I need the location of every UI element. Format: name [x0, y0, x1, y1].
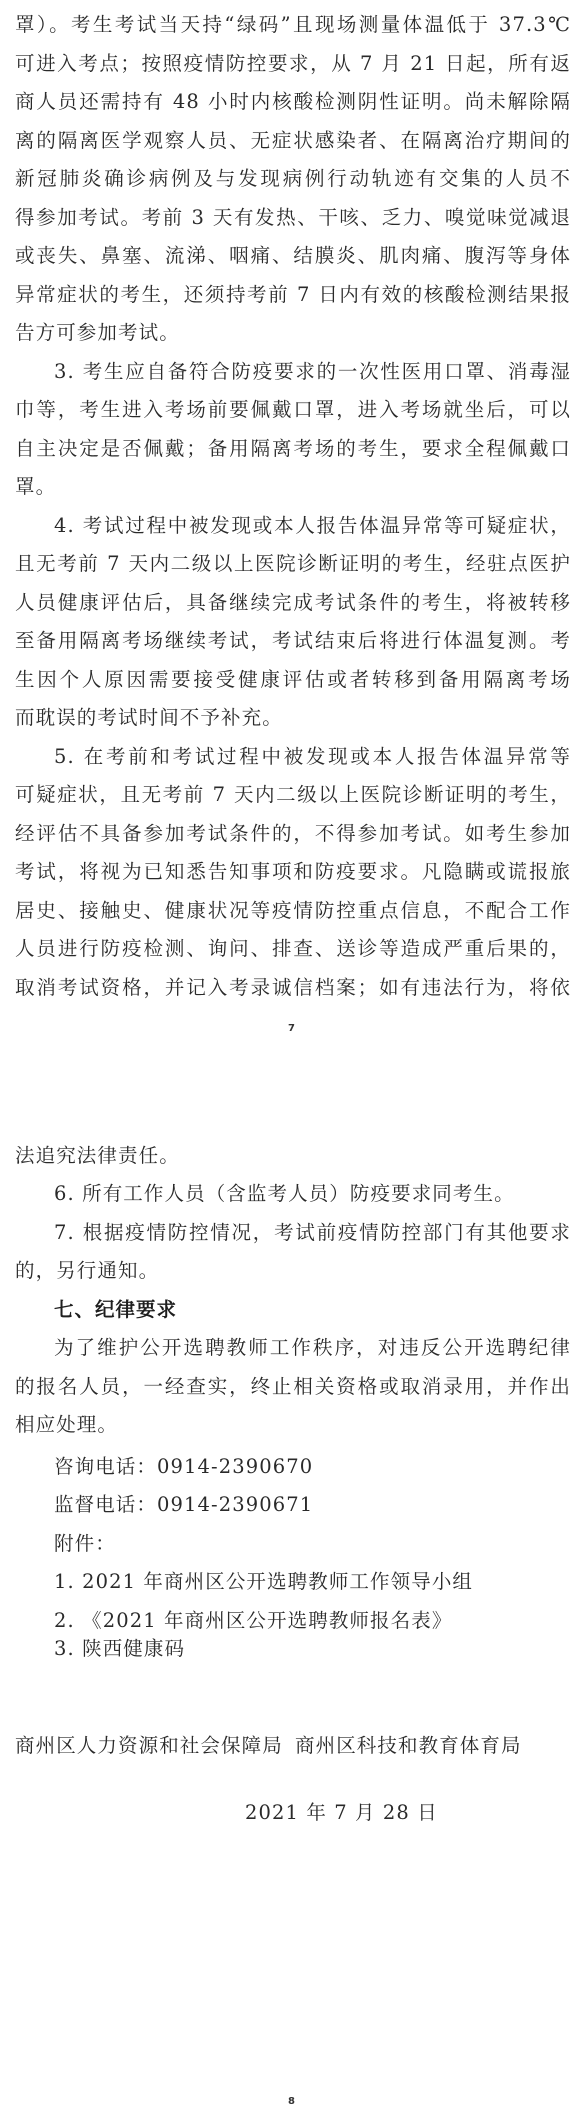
signature-org-hr: 商州区人力资源和社会保障局: [15, 1733, 283, 1759]
paragraph-line: 告方可参加考试。: [15, 320, 571, 346]
attachment-item: 1. 2021 年商州区公开选聘教师工作领导小组: [54, 1569, 571, 1595]
paragraph-line: 法追究法律责任。: [15, 1143, 571, 1169]
paragraph-line: 而耽误的考试时间不予补充。: [15, 705, 571, 731]
paragraph-line: 经评估不具备参加考试条件的，不得参加考试。如考生参加: [15, 821, 571, 847]
paragraph-line: 的报名人员，一经查实，终止相关资格或取消录用，并作出: [15, 1374, 571, 1400]
paragraph-line: 为了维护公开选聘教师工作秩序，对违反公开选聘纪律: [54, 1335, 571, 1361]
supervise-phone: 监督电话：0914-2390671: [54, 1492, 571, 1518]
signature-org-education: 商州区科技和教育体育局: [295, 1733, 522, 1759]
paragraph-line: 或丧失、鼻塞、流涕、咽痛、结膜炎、肌肉痛、腹泻等身体: [15, 243, 571, 269]
paragraph-line: 巾等，考生进入考场前要佩戴口罩，进入考场就坐后，可以: [15, 397, 571, 423]
attachments-label: 附件：: [54, 1531, 571, 1557]
paragraph-line: 可疑症状，且无考前 7 天内二级以上医院诊断证明的考生，: [15, 782, 571, 808]
item-4-line: 4. 考试过程中被发现或本人报告体温异常等可疑症状，: [54, 513, 571, 539]
paragraph-line: 罩）。考生考试当天持“绿码”且现场测量体温低于 37.3℃: [15, 12, 571, 38]
paragraph-line: 异常症状的考生，还须持考前 7 日内有效的核酸检测结果报: [15, 282, 571, 308]
signature-date: 2021 年 7 月 28 日: [245, 1800, 438, 1826]
paragraph-line: 人员健康评估后，具备继续完成考试条件的考生，将被转移: [15, 590, 571, 616]
paragraph-line: 自主决定是否佩戴；备用隔离考场的考生，要求全程佩戴口: [15, 436, 571, 462]
consult-phone: 咨询电话：0914-2390670: [54, 1454, 571, 1480]
paragraph-line: 相应处理。: [15, 1412, 571, 1438]
item-7-line: 7. 根据疫情防控情况，考试前疫情防控部门有其他要求: [54, 1220, 571, 1246]
page-number: 7: [0, 1023, 583, 1034]
paragraph-line: 居史、接触史、健康状况等疫情防控重点信息，不配合工作: [15, 898, 571, 924]
attachment-item: 3. 陕西健康码: [54, 1636, 571, 1662]
section-heading: 七、纪律要求: [54, 1297, 571, 1323]
item-3-line: 3. 考生应自备符合防疫要求的一次性医用口罩、消毒湿: [54, 359, 571, 385]
page-number: 8: [0, 2096, 583, 2107]
paragraph-line: 考试，将视为已知悉告知事项和防疫要求。凡隐瞒或谎报旅: [15, 859, 571, 885]
paragraph-line: 可进入考点；按照疫情防控要求，从 7 月 21 日起，所有返: [15, 51, 571, 77]
paragraph-line: 罩。: [15, 474, 571, 500]
paragraph-line: 新冠肺炎确诊病例及与发现病例行动轨迹有交集的人员不: [15, 166, 571, 192]
attachment-item: 2. 《2021 年商州区公开选聘教师报名表》: [54, 1608, 571, 1634]
paragraph-line: 商人员还需持有 48 小时内核酸检测阴性证明。尚未解除隔: [15, 89, 571, 115]
paragraph-line: 且无考前 7 天内二级以上医院诊断证明的考生，经驻点医护: [15, 551, 571, 577]
paragraph-line: 至备用隔离考场继续考试，考试结束后将进行体温复测。考: [15, 628, 571, 654]
paragraph-line: 取消考试资格，并记入考录诚信档案；如有违法行为，将依: [15, 975, 571, 1001]
paragraph-line: 得参加考试。考前 3 天有发热、干咳、乏力、嗅觉味觉减退: [15, 205, 571, 231]
paragraph-line: 生因个人原因需要接受健康评估或者转移到备用隔离考场: [15, 667, 571, 693]
item-6-line: 6. 所有工作人员（含监考人员）防疫要求同考生。: [54, 1181, 571, 1207]
paragraph-line: 的，另行通知。: [15, 1258, 571, 1284]
item-5-line: 5. 在考前和考试过程中被发现或本人报告体温异常等: [54, 744, 571, 770]
paragraph-line: 离的隔离医学观察人员、无症状感染者、在隔离治疗期间的: [15, 128, 571, 154]
paragraph-line: 人员进行防疫检测、询问、排查、送诊等造成严重后果的，: [15, 936, 571, 962]
